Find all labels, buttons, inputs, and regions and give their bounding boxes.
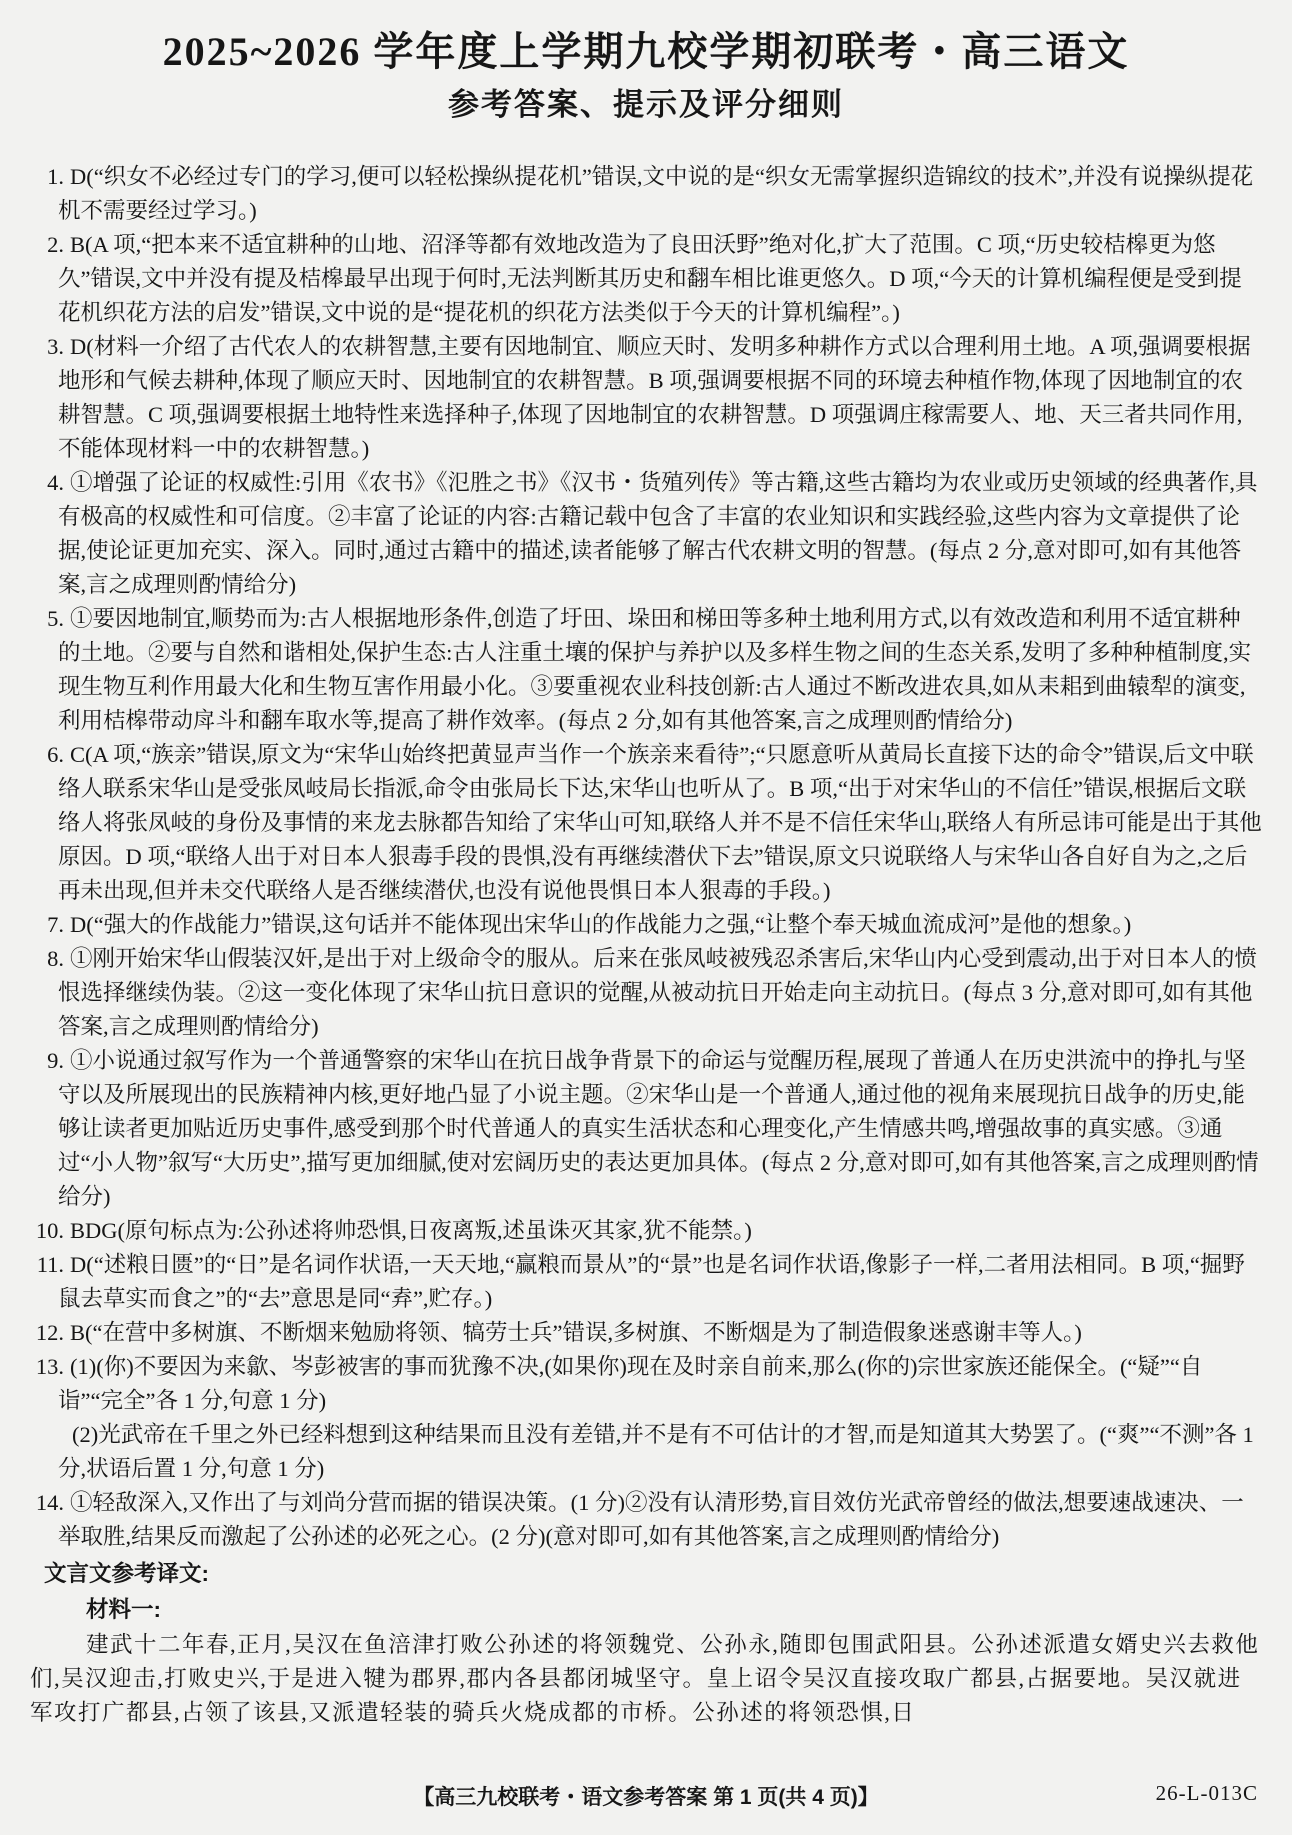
answer-number: 14. xyxy=(30,1486,64,1520)
answer-text: B(A 项,“把本来不适宜耕种的山地、沼泽等都有效地改造为了良田沃野”绝对化,扩… xyxy=(58,232,1242,325)
answer-number: 12. xyxy=(30,1316,64,1350)
answer-text: (1)(你)不要因为来歙、岑彭被害的事而犹豫不决,(如果你)现在及时亲自前来,那… xyxy=(58,1354,1202,1413)
answer-text: C(A 项,“族亲”错误,原文为“宋华山始终把黄显声当作一个族亲来看待”;“只愿… xyxy=(58,742,1262,903)
answer-number: 9. xyxy=(30,1044,64,1078)
translation-heading: 文言文参考译文: xyxy=(44,1556,1262,1592)
answer-item: 13.(1)(你)不要因为来歙、岑彭被害的事而犹豫不决,(如果你)现在及时亲自前… xyxy=(30,1350,1262,1486)
answer-item: 10.BDG(原句标点为:公孙述将帅恐惧,日夜离叛,述虽诛灭其家,犹不能禁。) xyxy=(30,1214,1262,1248)
document-page: 2025~2026 学年度上学期九校学期初联考・高三语文 参考答案、提示及评分细… xyxy=(0,0,1292,1835)
answer-item: 9.①小说通过叙写作为一个普通警察的宋华山在抗日战争背景下的命运与觉醒历程,展现… xyxy=(30,1044,1262,1214)
page-title: 2025~2026 学年度上学期九校学期初联考・高三语文 xyxy=(30,26,1262,78)
answer-item: 3.D(材料一介绍了古代农人的农耕智慧,主要有因地制宜、顺应天时、发明多种耕作方… xyxy=(30,330,1262,466)
answer-number: 8. xyxy=(30,942,64,976)
answer-number: 3. xyxy=(30,330,64,364)
answer-number: 10. xyxy=(30,1214,64,1248)
answer-item: 7.D(“强大的作战能力”错误,这句话并不能体现出宋华山的作战能力之强,“让整个… xyxy=(30,908,1262,942)
answer-number: 7. xyxy=(30,908,64,942)
footer-code: 26-L-013C xyxy=(1156,1781,1258,1806)
translation-paragraph: 建武十二年春,正月,吴汉在鱼涪津打败公孙述的将领魏党、公孙永,随即包围武阳县。公… xyxy=(30,1628,1262,1730)
answer-item: 1.D(“织女不必经过专门的学习,便可以轻松操纵提花机”错误,文中说的是“织女无… xyxy=(30,160,1262,228)
answer-item: 11.D(“述粮日匮”的“日”是名词作状语,一天天地,“赢粮而景从”的“景”也是… xyxy=(30,1248,1262,1316)
answer-item: 14.①轻敌深入,又作出了与刘尚分营而据的错误决策。(1 分)②没有认清形势,盲… xyxy=(30,1486,1262,1554)
answer-number: 5. xyxy=(30,602,64,636)
material-one-label: 材料一: xyxy=(86,1592,1262,1628)
answer-text: B(“在营中多树旗、不断烟来勉励将领、犒劳士兵”错误,多树旗、不断烟是为了制造假… xyxy=(70,1320,1082,1345)
answer-text: ①增强了论证的权威性:引用《农书》《氾胜之书》《汉书・货殖列传》等古籍,这些古籍… xyxy=(58,470,1258,597)
answer-text: D(材料一介绍了古代农人的农耕智慧,主要有因地制宜、顺应天时、发明多种耕作方式以… xyxy=(58,334,1251,461)
page-subtitle: 参考答案、提示及评分细则 xyxy=(30,84,1262,126)
answer-text: D(“强大的作战能力”错误,这句话并不能体现出宋华山的作战能力之强,“让整个奉天… xyxy=(70,912,1131,937)
answer-text: BDG(原句标点为:公孙述将帅恐惧,日夜离叛,述虽诛灭其家,犹不能禁。) xyxy=(70,1218,752,1243)
answer-text: ①轻敌深入,又作出了与刘尚分营而据的错误决策。(1 分)②没有认清形势,盲目效仿… xyxy=(58,1490,1244,1549)
answer-item: 2.B(A 项,“把本来不适宜耕种的山地、沼泽等都有效地改造为了良田沃野”绝对化… xyxy=(30,228,1262,330)
answer-item: 5.①要因地制宜,顺势而为:古人根据地形条件,创造了圩田、垛田和梯田等多种土地利… xyxy=(30,602,1262,738)
answer-number: 13. xyxy=(30,1350,64,1384)
answer-text: ①要因地制宜,顺势而为:古人根据地形条件,创造了圩田、垛田和梯田等多种土地利用方… xyxy=(58,606,1251,733)
answer-item: 4.①增强了论证的权威性:引用《农书》《氾胜之书》《汉书・货殖列传》等古籍,这些… xyxy=(30,466,1262,602)
answer-text: (2)光武帝在千里之外已经料想到这种结果而且没有差错,并不是有不可估计的才智,而… xyxy=(58,1418,1262,1486)
footer-caption: 【高三九校联考・语文参考答案 第 1 页(共 4 页)】 xyxy=(0,1781,1292,1811)
answer-number: 4. xyxy=(30,466,64,500)
answer-item: 12.B(“在营中多树旗、不断烟来勉励将领、犒劳士兵”错误,多树旗、不断烟是为了… xyxy=(30,1316,1262,1350)
answer-text: D(“述粮日匮”的“日”是名词作状语,一天天地,“赢粮而景从”的“景”也是名词作… xyxy=(58,1252,1245,1311)
answer-number: 6. xyxy=(30,738,64,772)
answer-text: ①小说通过叙写作为一个普通警察的宋华山在抗日战争背景下的命运与觉醒历程,展现了普… xyxy=(58,1048,1259,1209)
answer-item: 8.①刚开始宋华山假装汉奸,是出于对上级命令的服从。后来在张凤岐被残忍杀害后,宋… xyxy=(30,942,1262,1044)
answer-number: 1. xyxy=(30,160,64,194)
answer-list: 1.D(“织女不必经过专门的学习,便可以轻松操纵提花机”错误,文中说的是“织女无… xyxy=(30,160,1262,1554)
answer-text: D(“织女不必经过专门的学习,便可以轻松操纵提花机”错误,文中说的是“织女无需掌… xyxy=(58,164,1253,223)
answer-number: 2. xyxy=(30,228,64,262)
page-footer: 【高三九校联考・语文参考答案 第 1 页(共 4 页)】 26-L-013C xyxy=(0,1781,1292,1811)
answer-number: 11. xyxy=(30,1248,64,1282)
answer-text: ①刚开始宋华山假装汉奸,是出于对上级命令的服从。后来在张凤岐被残忍杀害后,宋华山… xyxy=(58,946,1257,1039)
answer-item: 6.C(A 项,“族亲”错误,原文为“宋华山始终把黄显声当作一个族亲来看待”;“… xyxy=(30,738,1262,908)
